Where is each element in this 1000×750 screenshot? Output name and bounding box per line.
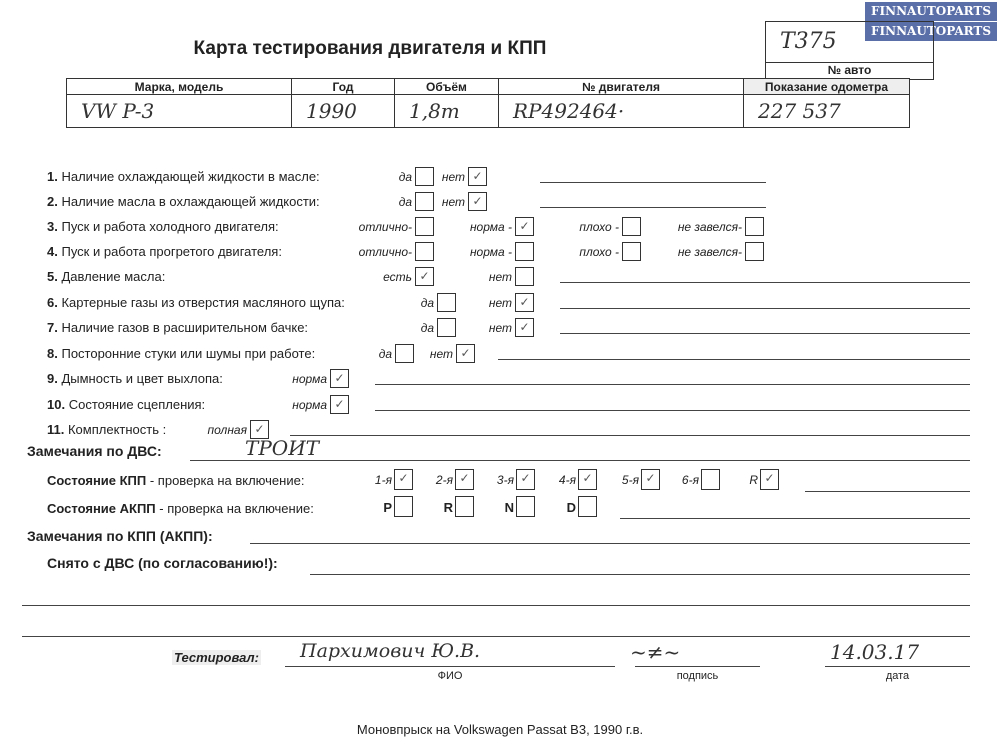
test-date[interactable]: 14.03.17	[830, 640, 919, 664]
gear-label: 1-я	[354, 473, 392, 487]
engine-number-value[interactable]: RP492464·	[499, 95, 744, 128]
auto-number-box: T375 № авто	[765, 21, 934, 80]
gear-label: 5-я	[601, 473, 639, 487]
tester-name[interactable]: Пархимович Ю.В.	[300, 640, 480, 662]
question-text: 4. Пуск и работа прогретого двигателя:	[47, 244, 282, 259]
vehicle-info-table: Марка, модель Год Объём № двигателя Пока…	[66, 78, 910, 128]
signature-mark[interactable]: ~≠~	[630, 640, 680, 664]
option-label: нет	[425, 270, 512, 284]
checkbox[interactable]: ✓	[468, 192, 487, 211]
question-text: 7. Наличие газов в расширительном бачке:	[47, 320, 308, 335]
notes-line[interactable]	[540, 182, 766, 183]
gear-checkbox[interactable]: ✓	[394, 469, 413, 490]
auto-number-value: T375	[766, 22, 933, 62]
form-title: Карта тестирования двигателя и КПП	[0, 38, 740, 60]
checkbox[interactable]: ✓	[330, 369, 349, 388]
option-label: есть	[325, 270, 412, 284]
auto-number-label: № авто	[766, 62, 933, 79]
question-text: 8. Посторонние стуки или шумы при работе…	[47, 346, 315, 361]
gear-checkbox[interactable]	[394, 496, 413, 517]
col-volume: Объём	[395, 79, 499, 95]
notes-line[interactable]	[540, 207, 766, 208]
gear-checkbox[interactable]: ✓	[455, 469, 474, 490]
odometer-value[interactable]: 227 537	[744, 95, 910, 128]
gear-label: N	[476, 500, 514, 515]
gear-checkbox[interactable]: ✓	[516, 469, 535, 490]
question-text: 6. Картерные газы из отверстия масляного…	[47, 295, 345, 310]
remarks-engine-label: Замечания по ДВС:	[27, 443, 162, 459]
gear-label: 2-я	[415, 473, 453, 487]
question-text: 3. Пуск и работа холодного двигателя:	[47, 219, 279, 234]
notes-line[interactable]	[375, 410, 970, 411]
date-line	[825, 666, 970, 667]
notes-line[interactable]	[560, 333, 970, 334]
option-label: отлично-	[325, 220, 412, 234]
option-label: полная	[160, 423, 247, 437]
signature-line	[635, 666, 760, 667]
question-text: 5. Давление масла:	[47, 269, 165, 284]
extra-line-2	[22, 636, 970, 637]
checkbox[interactable]	[622, 242, 641, 261]
year-value[interactable]: 1990	[292, 95, 395, 128]
checkbox[interactable]: ✓	[330, 395, 349, 414]
col-odometer: Показание одометра	[744, 79, 910, 95]
option-label: норма -	[425, 220, 512, 234]
col-engine-number: № двигателя	[499, 79, 744, 95]
removed-line[interactable]	[310, 574, 970, 575]
option-label: нет	[378, 170, 465, 184]
question-text: 2. Наличие масла в охлаждающей жидкости:	[47, 194, 320, 209]
question-text: 1. Наличие охлаждающей жидкости в масле:	[47, 169, 320, 184]
gear-label: 4-я	[538, 473, 576, 487]
question-text: 9. Дымность и цвет выхлопа:	[47, 371, 223, 386]
checkbox[interactable]	[745, 217, 764, 236]
option-label: нет	[425, 321, 512, 335]
option-label: нет	[378, 195, 465, 209]
extra-line-1	[22, 605, 970, 606]
option-label: нет	[425, 296, 512, 310]
gear-label: D	[538, 500, 576, 515]
notes-line[interactable]	[560, 282, 970, 283]
gear-label: P	[354, 500, 392, 515]
checkbox[interactable]	[622, 217, 641, 236]
option-label: нет	[366, 347, 453, 361]
gear-checkbox[interactable]	[578, 496, 597, 517]
make-model-value[interactable]: VW P-3	[67, 95, 292, 128]
checkbox[interactable]: ✓	[456, 344, 475, 363]
remarks-gearbox-label: Замечания по КПП (АКПП):	[27, 528, 213, 544]
option-label: да	[347, 296, 434, 310]
remarks-gearbox-line[interactable]	[250, 543, 970, 544]
checkbox[interactable]: ✓	[468, 167, 487, 186]
fio-label: ФИО	[285, 670, 615, 682]
remarks-engine-line	[190, 460, 970, 461]
tested-by-label: Тестировал:	[172, 650, 261, 665]
manual-gearbox-line	[805, 491, 970, 492]
col-year: Год	[292, 79, 395, 95]
option-label: не завелся-	[655, 220, 742, 234]
option-label: плохо -	[532, 245, 619, 259]
option-label: норма	[240, 372, 327, 386]
date-label: дата	[825, 670, 970, 682]
fio-line	[285, 666, 615, 667]
checkbox[interactable]: ✓	[515, 318, 534, 337]
gear-checkbox[interactable]	[701, 469, 720, 490]
image-caption: Моновпрыск на Volkswagen Passat B3, 1990…	[0, 722, 1000, 737]
notes-line[interactable]	[560, 308, 970, 309]
question-text: 11. Комплектность :	[47, 422, 166, 437]
gear-checkbox[interactable]: ✓	[641, 469, 660, 490]
volume-value[interactable]: 1,8m	[395, 95, 499, 128]
checkbox[interactable]	[745, 242, 764, 261]
notes-line[interactable]	[375, 384, 970, 385]
notes-line[interactable]	[290, 435, 970, 436]
gear-label: 6-я	[661, 473, 699, 487]
gear-checkbox[interactable]: ✓	[760, 469, 779, 490]
checkbox[interactable]: ✓	[515, 293, 534, 312]
option-label: да	[347, 321, 434, 335]
option-label: отлично-	[325, 245, 412, 259]
option-label: норма -	[425, 245, 512, 259]
notes-line[interactable]	[498, 359, 970, 360]
gear-checkbox[interactable]: ✓	[578, 469, 597, 490]
gear-label: R	[720, 473, 758, 487]
question-text: 10. Состояние сцепления:	[47, 397, 205, 412]
gear-label: 3-я	[476, 473, 514, 487]
signature-label: подпись	[635, 670, 760, 682]
manual-gearbox-label: Состояние КПП - проверка на включение:	[47, 473, 304, 488]
option-label: норма	[240, 398, 327, 412]
option-label: не завелся-	[655, 245, 742, 259]
gear-checkbox[interactable]	[516, 496, 535, 517]
remarks-engine-value[interactable]: ТРОИТ	[245, 436, 319, 460]
option-label: плохо -	[532, 220, 619, 234]
gear-label: R	[415, 500, 453, 515]
removed-label: Снято с ДВС (по согласованию!):	[47, 555, 278, 571]
col-make-model: Марка, модель	[67, 79, 292, 95]
gear-checkbox[interactable]	[455, 496, 474, 517]
checkbox[interactable]	[515, 267, 534, 286]
auto-gearbox-line	[620, 518, 970, 519]
auto-gearbox-label: Состояние АКПП - проверка на включение:	[47, 501, 314, 516]
